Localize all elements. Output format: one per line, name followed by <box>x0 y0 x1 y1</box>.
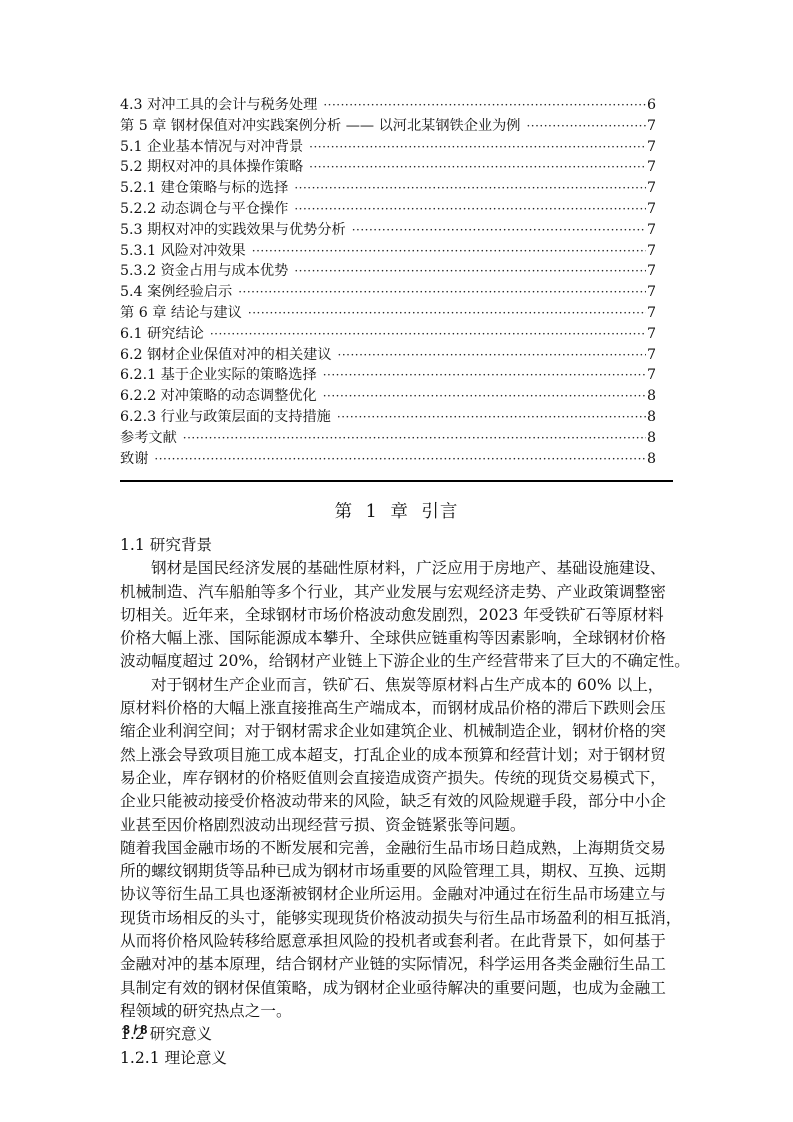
chapter-heading: 第 1 章 引言 <box>120 500 673 524</box>
paragraph-line: 金融对冲的基本原理，结合钢材产业链的实际情况，科学运用各类金融衍生品工 <box>120 953 660 976</box>
toc-entry-title: 第 6 章 结论与建议 <box>120 303 248 324</box>
toc-entry-title: 5.2 期权对冲的具体操作策略 <box>120 157 309 178</box>
document-page: 4.3 对冲工具的会计与税务处理 6 第 5 章 钢材保值对冲实践案例分析 ——… <box>0 0 793 1122</box>
toc-entry-page: 7 <box>646 157 656 178</box>
toc-entry[interactable]: 第 6 章 结论与建议 7 <box>120 303 656 324</box>
toc-entry-title: 5.3 期权对冲的实践效果与优势分析 <box>120 220 352 241</box>
toc-entry[interactable]: 5.3.2 资金占用与成本优势 7 <box>120 261 656 282</box>
paragraph: 钢材是国民经济发展的基础性原材料，广泛应用于房地产、基础设施建设、 机械制造、汽… <box>120 557 660 673</box>
paragraph: 随着我国金融市场的不断发展和完善，金融衍生品市场日趋成熟，上海期货交易 所的螺纹… <box>120 837 660 1023</box>
toc-entry-title: 5.3.1 风险对冲效果 <box>120 241 252 262</box>
paragraph-line: 业甚至因价格剧烈波动出现经营亏损、资金链紧张等问题。 <box>120 814 660 837</box>
toc-entry-page: 7 <box>646 220 656 241</box>
paragraph-line: 随着我国金融市场的不断发展和完善，金融衍生品市场日趋成熟，上海期货交易 <box>120 837 660 860</box>
toc-entry[interactable]: 5.2.1 建仓策略与标的选择 7 <box>120 178 656 199</box>
toc-entry[interactable]: 6.2 钢材企业保值对冲的相关建议 7 <box>120 345 656 366</box>
paragraph-line: 现货市场相反的头寸，能够实现现货价格波动损失与衍生品市场盈利的相互抵消， <box>120 907 660 930</box>
paragraph-line: 对于钢材生产企业而言，铁矿石、焦炭等原材料占生产成本的 60% 以上， <box>120 674 660 697</box>
toc-dot-leader <box>309 157 646 178</box>
toc-dot-leader <box>252 241 646 262</box>
toc-entry-title: 6.1 研究结论 <box>120 324 210 345</box>
toc-entry-title: 5.2.2 动态调仓与平仓操作 <box>120 199 294 220</box>
toc-entry-title: 5.1 企业基本情况与对冲背景 <box>120 137 309 158</box>
subsection-heading: 1.2.1 理论意义 <box>120 1047 660 1070</box>
paragraph-line: 企业只能被动接受价格波动带来的风险，缺乏有效的风险规避手段，部分中小企 <box>120 790 660 813</box>
toc-entry-page: 7 <box>646 116 656 137</box>
toc-entry-page: 7 <box>646 303 656 324</box>
toc-dot-leader <box>183 428 646 449</box>
paragraph: 对于钢材生产企业而言，铁矿石、焦炭等原材料占生产成本的 60% 以上， 原材料价… <box>120 674 660 837</box>
toc-entry[interactable]: 6.2.1 基于企业实际的策略选择 7 <box>120 365 656 386</box>
toc-entry-title: 6.2.1 基于企业实际的策略选择 <box>120 365 323 386</box>
toc-entry-title: 6.2.2 对冲策略的动态调整优化 <box>120 386 323 407</box>
toc-dot-leader <box>294 199 646 220</box>
horizontal-divider <box>120 480 673 482</box>
toc-entry-title: 第 5 章 钢材保值对冲实践案例分析 —— 以河北某钢铁企业为例 <box>120 116 526 137</box>
toc-entry-page: 8 <box>646 407 656 428</box>
toc-dot-leader <box>526 116 646 137</box>
chapter-body: 1.1 研究背景 钢材是国民经济发展的基础性原材料，广泛应用于房地产、基础设施建… <box>120 534 660 1070</box>
toc-dot-leader <box>323 95 646 116</box>
paragraph-line: 程领域的研究热点之一。 <box>120 1000 660 1023</box>
table-of-contents: 4.3 对冲工具的会计与税务处理 6 第 5 章 钢材保值对冲实践案例分析 ——… <box>120 95 656 469</box>
paragraph-line: 所的螺纹钢期货等品种已成为钢材市场重要的风险管理工具，期权、互换、远期 <box>120 860 660 883</box>
toc-entry-title: 6.2 钢材企业保值对冲的相关建议 <box>120 345 338 366</box>
toc-entry[interactable]: 5.3 期权对冲的实践效果与优势分析 7 <box>120 220 656 241</box>
toc-entry-title: 参考文献 <box>120 428 183 449</box>
toc-entry-page: 8 <box>646 428 656 449</box>
toc-entry-page: 8 <box>646 386 656 407</box>
toc-entry-title: 5.2.1 建仓策略与标的选择 <box>120 178 294 199</box>
toc-entry-page: 7 <box>646 241 656 262</box>
paragraph-line: 协议等衍生品工具也逐渐被钢材企业所运用。金融对冲通过在衍生品市场建立与 <box>120 883 660 906</box>
toc-entry-page: 7 <box>646 178 656 199</box>
toc-entry[interactable]: 参考文献 8 <box>120 428 656 449</box>
paragraph-line: 机械制造、汽车船舶等多个行业，其产业发展与宏观经济走势、产业政策调整密 <box>120 581 660 604</box>
toc-entry-page: 7 <box>646 282 656 303</box>
toc-entry[interactable]: 5.4 案例经验启示 7 <box>120 282 656 303</box>
paragraph-line: 切相关。近年来，全球钢材市场价格波动愈发剧烈，2023 年受铁矿石等原材料 <box>120 604 660 627</box>
toc-entry-page: 7 <box>646 199 656 220</box>
toc-entry[interactable]: 第 5 章 钢材保值对冲实践案例分析 —— 以河北某钢铁企业为例 7 <box>120 116 656 137</box>
toc-dot-leader <box>210 324 646 345</box>
section-heading: 1.1 研究背景 <box>120 534 660 557</box>
toc-dot-leader <box>338 345 646 366</box>
toc-entry-page: 7 <box>646 324 656 345</box>
paragraph-line: 易企业，库存钢材的价格贬值则会直接造成资产损失。传统的现货交易模式下， <box>120 767 660 790</box>
toc-dot-leader <box>154 449 646 470</box>
toc-dot-leader <box>294 261 646 282</box>
toc-dot-leader <box>323 365 646 386</box>
paragraph-line: 从而将价格风险转移给愿意承担风险的投机者或套利者。在此背景下，如何基于 <box>120 930 660 953</box>
toc-dot-leader <box>248 303 646 324</box>
toc-dot-leader <box>337 407 646 428</box>
paragraph-line: 具制定有效的钢材保值策略，成为钢材企业亟待解决的重要问题，也成为金融工 <box>120 977 660 1000</box>
toc-entry-title: 5.4 案例经验启示 <box>120 282 238 303</box>
toc-dot-leader <box>323 386 646 407</box>
toc-entry-page: 7 <box>646 365 656 386</box>
toc-entry[interactable]: 5.2 期权对冲的具体操作策略 7 <box>120 157 656 178</box>
paragraph-line: 波动幅度超过 20%，给钢材产业链上下游企业的生产经营带来了巨大的不确定性。 <box>120 650 660 673</box>
toc-dot-leader <box>352 220 646 241</box>
paragraph-line: 钢材是国民经济发展的基础性原材料，广泛应用于房地产、基础设施建设、 <box>120 557 660 580</box>
toc-entry-page: 7 <box>646 261 656 282</box>
paragraph-line: 缩企业利润空间；对于钢材需求企业如建筑企业、机械制造企业，钢材价格的突 <box>120 720 660 743</box>
toc-entry[interactable]: 4.3 对冲工具的会计与税务处理 6 <box>120 95 656 116</box>
toc-dot-leader <box>309 137 646 158</box>
paragraph-line: 原材料价格的大幅上涨直接推高生产端成本，而钢材成品价格的滞后下跌则会压 <box>120 697 660 720</box>
toc-entry[interactable]: 5.2.2 动态调仓与平仓操作 7 <box>120 199 656 220</box>
paragraph-line: 然上涨会导致项目施工成本超支，打乱企业的成本预算和经营计划；对于钢材贸 <box>120 744 660 767</box>
toc-dot-leader <box>238 282 646 303</box>
toc-entry-page: 7 <box>646 137 656 158</box>
toc-entry-title: 6.2.3 行业与政策层面的支持措施 <box>120 407 337 428</box>
toc-entry-title: 4.3 对冲工具的会计与税务处理 <box>120 95 323 116</box>
toc-entry[interactable]: 5.3.1 风险对冲效果 7 <box>120 241 656 262</box>
toc-entry-page: 8 <box>646 449 656 470</box>
toc-entry[interactable]: 6.2.3 行业与政策层面的支持措施 8 <box>120 407 656 428</box>
toc-entry-page: 7 <box>646 345 656 366</box>
toc-dot-leader <box>294 178 646 199</box>
section-heading: 1.2 研究意义 <box>120 1023 660 1046</box>
paragraph-line: 价格大幅上涨、国际能源成本攀升、全球供应链重构等因素影响，全球钢材价格 <box>120 627 660 650</box>
toc-entry[interactable]: 6.1 研究结论 7 <box>120 324 656 345</box>
toc-entry-page: 6 <box>646 95 656 116</box>
toc-entry[interactable]: 致谢 8 <box>120 449 656 470</box>
toc-entry-title: 致谢 <box>120 449 154 470</box>
toc-entry[interactable]: 5.1 企业基本情况与对冲背景 7 <box>120 137 656 158</box>
page-indicator: 3 / 8 <box>123 1023 147 1037</box>
toc-entry-title: 5.3.2 资金占用与成本优势 <box>120 261 294 282</box>
toc-entry[interactable]: 6.2.2 对冲策略的动态调整优化 8 <box>120 386 656 407</box>
